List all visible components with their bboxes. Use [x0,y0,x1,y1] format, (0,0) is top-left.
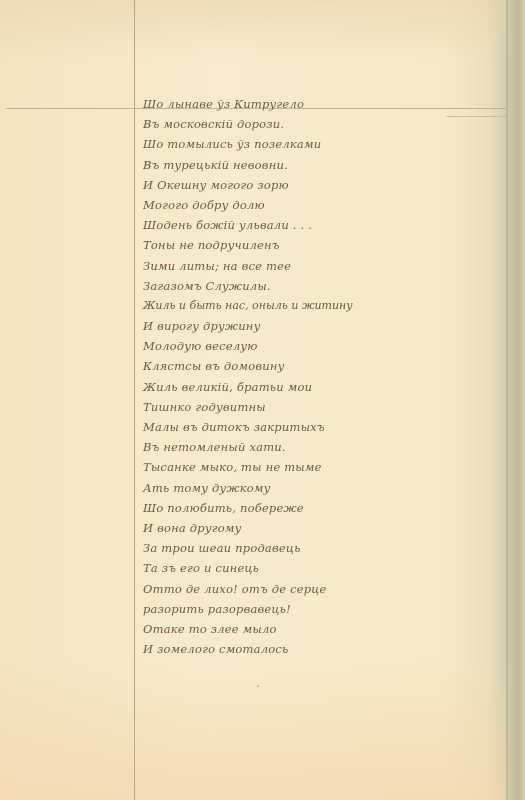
verse-line: Въ нетомленый хати. [143,437,443,457]
verse-line: Шо полюбить, побереже [143,498,443,518]
verse-line: Тишнко годувитны [143,397,443,417]
verse-line: Шо томылись ўз позелками [143,134,443,154]
verse-line: Зими литы; на все тее [143,256,443,276]
binding-strip [508,0,525,800]
verse-line: Загазомъ Служилы. [143,276,443,296]
handwritten-verse: Шо лынаве ўз Китругело Въ московскій дор… [143,94,443,659]
verse-line: Жиль и быть нас, оныль и житину [143,296,443,316]
verse-line: Шодень божій ульвали . . . [143,215,443,235]
verse-line: Шо лынаве ўз Китругело [143,94,443,114]
verse-line: Тоны не подручиленъ [143,235,443,255]
verse-line: Молодую веселую [143,336,443,356]
verse-line: За трои шеаи продавець [143,538,443,558]
verse-line: И зомелого смоталось [143,639,443,659]
verse-line: Отаке то злее мыло [143,619,443,639]
verse-line: Тысанке мыко, ты не тыме [143,457,443,477]
verse-line: Въ турецькій невовни. [143,155,443,175]
verse-line: И Окешну могого зорю [143,175,443,195]
verse-line: Могого добру долю [143,195,443,215]
verse-line: Ать тому дужкому [143,478,443,498]
ink-speck [257,685,259,687]
verse-line: Жиль великій, братьи мои [143,377,443,397]
verse-line: разорить разорвавець! [143,599,443,619]
verse-line: Та зъ его и синець [143,558,443,578]
margin-line [134,0,135,800]
verse-line: Отто де лихо! отъ де серце [143,579,443,599]
verse-line: И вирогу дружину [143,316,443,336]
verse-line: И вона другому [143,518,443,538]
verse-line: Малы въ дитокъ закритыхъ [143,417,443,437]
verse-line: Клястсы въ домовину [143,356,443,376]
verse-line: Въ московскій дорози. [143,114,443,134]
manuscript-page: Шо лынаве ўз Китругело Въ московскій дор… [0,0,525,800]
